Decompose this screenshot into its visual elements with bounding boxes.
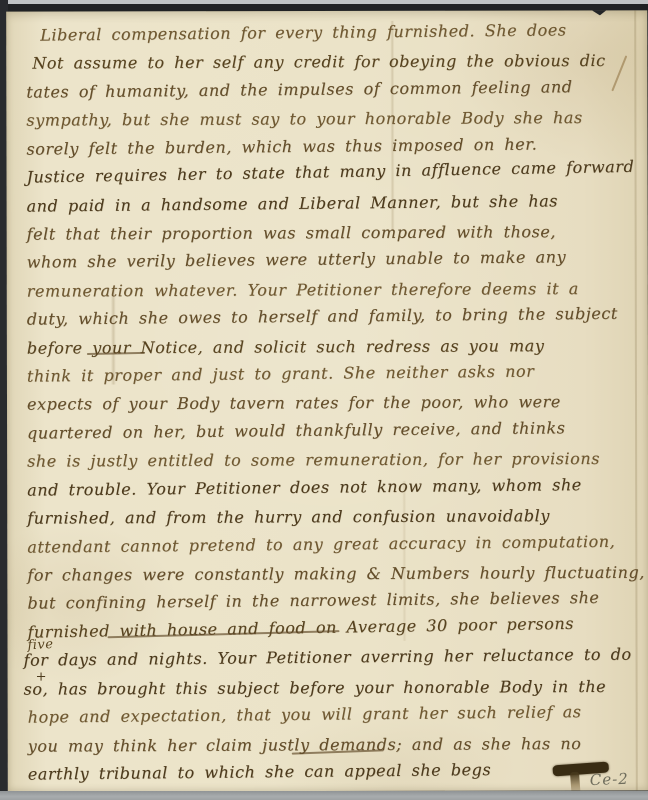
manuscript-text-block: Liberal compensation for every thing fur… bbox=[20, 24, 645, 784]
manuscript-line: sorely felt the burden, which was thus i… bbox=[26, 133, 643, 159]
ink-drip bbox=[570, 772, 581, 792]
scanner-mat-bottom-strip bbox=[0, 791, 648, 800]
manuscript-line: tates of humanity, and the impulses of c… bbox=[26, 76, 643, 102]
manuscript-line: remuneration whatever. Your Petitioner t… bbox=[27, 279, 644, 302]
manuscript-line: whom she verily believes were utterly un… bbox=[27, 247, 644, 273]
manuscript-line: for changes were constantly making & Num… bbox=[27, 563, 644, 586]
manuscript-line: so, has brought this subject before your… bbox=[24, 676, 645, 699]
manuscript-line: think it proper and just to grant. She n… bbox=[27, 361, 644, 387]
manuscript-line: and trouble. Your Petitioner does not kn… bbox=[27, 474, 644, 500]
manuscript-line: before your Notice, and solicit such red… bbox=[27, 335, 644, 358]
manuscript-line: attendant cannot pretend to any great ac… bbox=[27, 531, 644, 557]
manuscript-line: but confining herself in the narrowest l… bbox=[27, 588, 644, 614]
manuscript-line: for days and nights. Your Petitioner ave… bbox=[23, 645, 644, 671]
manuscript-line: sympathy, but she must say to your honor… bbox=[26, 108, 643, 131]
scanned-page-frame: Liberal compensation for every thing fur… bbox=[0, 0, 648, 800]
manuscript-line: furnished, and from the hurry and confus… bbox=[27, 506, 644, 529]
manuscript-page: Liberal compensation for every thing fur… bbox=[6, 10, 648, 791]
manuscript-line: quartered on her, but would thankfully r… bbox=[27, 417, 644, 443]
manuscript-line: and paid in a handsome and Liberal Manne… bbox=[26, 190, 643, 216]
archival-mark: Ce-2 bbox=[589, 770, 629, 789]
manuscript-line: felt that their proportion was small com… bbox=[27, 222, 644, 245]
manuscript-line: furnished with house and food on Average… bbox=[27, 613, 644, 643]
manuscript-line: expects of your Body tavern rates for th… bbox=[27, 392, 644, 415]
manuscript-line: hope and expectation, that you will gran… bbox=[28, 702, 645, 728]
paper-edge-notch bbox=[592, 10, 606, 15]
manuscript-line: duty, which she owes to herself and fami… bbox=[27, 304, 644, 330]
manuscript-line: she is justly entitled to some remunerat… bbox=[27, 449, 644, 472]
caret-mark: + bbox=[36, 670, 47, 685]
manuscript-line: Not assume to her self any credit for ob… bbox=[32, 51, 643, 74]
manuscript-line: Justice requires her to state that many … bbox=[26, 157, 643, 188]
manuscript-line: Liberal compensation for every thing fur… bbox=[40, 20, 643, 46]
interlinear-insertion-five: five bbox=[27, 637, 54, 653]
